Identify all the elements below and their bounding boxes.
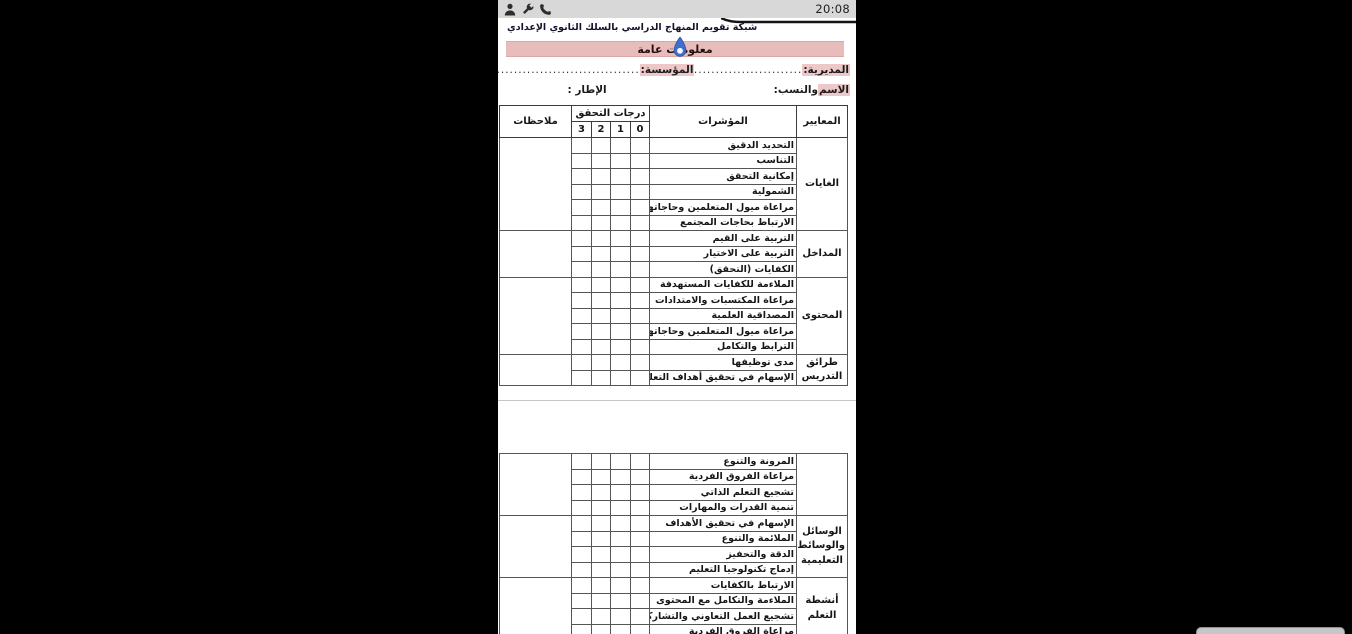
- score-cell[interactable]: [572, 593, 592, 609]
- criteria-cell: [797, 454, 848, 516]
- indicator-cell: الدقة والتحفيز: [650, 547, 797, 563]
- score-cell[interactable]: [592, 231, 611, 247]
- score-cell[interactable]: [631, 578, 650, 594]
- indicator-cell: الملاءمة للكفايات المستهدفة: [650, 277, 797, 293]
- wrench-icon: [521, 3, 534, 16]
- criteria-cell: المحتوى: [797, 277, 848, 355]
- score-cell[interactable]: [592, 370, 611, 386]
- indicator-cell: تشجيع التعلم الذاتي: [650, 485, 797, 501]
- indicator-cell: التحديد الدقيق: [650, 138, 797, 154]
- indicator-cell: المرونة والتنوع: [650, 454, 797, 470]
- indicator-cell: المصداقية العلمية: [650, 308, 797, 324]
- directorate-dots[interactable]: ................................: [694, 64, 802, 76]
- score-cell[interactable]: [572, 184, 592, 200]
- form-line-directorate: المديرية: ..............................…: [498, 62, 856, 78]
- indicator-cell: الكفايات (التحقق): [650, 262, 797, 278]
- indicators-header: المؤشرات: [650, 106, 797, 138]
- score-cell[interactable]: [631, 485, 650, 501]
- score-cell[interactable]: [572, 169, 592, 185]
- score-cell[interactable]: [572, 339, 592, 355]
- score-cell[interactable]: [592, 578, 611, 594]
- score-1-header: 1: [611, 122, 631, 138]
- score-cell[interactable]: [611, 169, 631, 185]
- form-line-name: الاسم والنسب: الإطار :: [498, 82, 856, 98]
- score-cell[interactable]: [631, 609, 650, 625]
- table-row: طرائق التدريسمدى توظيفها: [500, 355, 848, 371]
- score-cell[interactable]: [631, 308, 650, 324]
- table2-body: المرونة والتنوعمراعاة الفروق الفرديةتشجي…: [500, 454, 848, 634]
- score-cell[interactable]: [592, 500, 611, 516]
- indicator-cell: إمكانية التحقق: [650, 169, 797, 185]
- indicator-cell: مراعاة ميول المتعلمين وحاجاتهم: [650, 324, 797, 340]
- score-cell[interactable]: [611, 200, 631, 216]
- score-cell[interactable]: [592, 277, 611, 293]
- score-cell[interactable]: [611, 547, 631, 563]
- score-cell[interactable]: [631, 169, 650, 185]
- score-cell[interactable]: [572, 609, 592, 625]
- scores-header: درجات التحقق: [572, 106, 650, 122]
- score-cell[interactable]: [631, 262, 650, 278]
- score-cell[interactable]: [592, 308, 611, 324]
- score-cell[interactable]: [572, 138, 592, 154]
- score-cell[interactable]: [572, 562, 592, 578]
- score-cell[interactable]: [572, 293, 592, 309]
- indicator-cell: تنمية القدرات والمهارات: [650, 500, 797, 516]
- notes-cell[interactable]: [500, 355, 572, 386]
- notes-cell[interactable]: [500, 138, 572, 231]
- score-cell[interactable]: [611, 324, 631, 340]
- indicator-cell: تشجيع العمل التعاوني والتشاركي: [650, 609, 797, 625]
- score-cell[interactable]: [631, 184, 650, 200]
- score-cell[interactable]: [631, 547, 650, 563]
- score-cell[interactable]: [631, 138, 650, 154]
- clock: 20:08: [815, 2, 850, 16]
- score-cell[interactable]: [572, 485, 592, 501]
- score-cell[interactable]: [631, 516, 650, 532]
- score-3-header: 3: [572, 122, 592, 138]
- frame-label: الإطار :: [568, 84, 607, 96]
- doc-title: شبكة تقويم المنهاج الدراسي بالسلك الثانو…: [507, 22, 757, 33]
- score-cell[interactable]: [611, 277, 631, 293]
- score-cell[interactable]: [592, 469, 611, 485]
- score-cell[interactable]: [611, 454, 631, 470]
- indicator-cell: الإسهام في تحقيق أهداف التعلم: [650, 370, 797, 386]
- score-cell[interactable]: [611, 370, 631, 386]
- score-cell[interactable]: [592, 262, 611, 278]
- score-cell[interactable]: [611, 153, 631, 169]
- phone-icon: [539, 3, 552, 16]
- score-cell[interactable]: [572, 153, 592, 169]
- page-break-line: [498, 400, 856, 401]
- indicator-cell: الارتباط بحاجات المجتمع: [650, 215, 797, 231]
- score-cell[interactable]: [592, 169, 611, 185]
- score-cell[interactable]: [592, 485, 611, 501]
- text-insertion-handle-icon[interactable]: [673, 37, 687, 58]
- table-row: المحتوىالملاءمة للكفايات المستهدفة: [500, 277, 848, 293]
- score-0-header: 0: [631, 122, 650, 138]
- score-cell[interactable]: [631, 562, 650, 578]
- notes-header: ملاحظات: [500, 106, 572, 138]
- score-cell[interactable]: [611, 231, 631, 247]
- criteria-cell: المداخل: [797, 231, 848, 278]
- criteria-cell: طرائق التدريس: [797, 355, 848, 386]
- criteria-cell: الغايات: [797, 138, 848, 231]
- score-cell[interactable]: [631, 454, 650, 470]
- table-row: أنشطة التعلمالارتباط بالكفايات: [500, 578, 848, 594]
- app-window: 20:08 شبكة تقويم المنهاج الدراسي بالسلك …: [498, 0, 856, 634]
- notes-cell[interactable]: [500, 578, 572, 634]
- name-label: والنسب:: [774, 84, 818, 96]
- score-cell[interactable]: [572, 231, 592, 247]
- score-cell[interactable]: [611, 339, 631, 355]
- score-cell[interactable]: [572, 200, 592, 216]
- score-cell[interactable]: [592, 293, 611, 309]
- evaluation-table-1: المعايير المؤشرات درجات التحقق ملاحظات 0…: [499, 105, 848, 386]
- institution-label: المؤسسة:: [640, 64, 695, 76]
- table-header-row: المعايير المؤشرات درجات التحقق ملاحظات: [500, 106, 848, 122]
- table-row: الغاياتالتحديد الدقيق: [500, 138, 848, 154]
- score-cell[interactable]: [631, 500, 650, 516]
- score-cell[interactable]: [631, 153, 650, 169]
- indicator-cell: الإسهام في تحقيق الأهداف: [650, 516, 797, 532]
- indicator-cell: مراعاة الفروق الفردية: [650, 469, 797, 485]
- score-cell[interactable]: [572, 531, 592, 547]
- table-row: المرونة والتنوع: [500, 454, 848, 470]
- score-cell[interactable]: [572, 547, 592, 563]
- indicator-cell: التربية على الاختيار: [650, 246, 797, 262]
- indicator-cell: الملاءمة والتكامل مع المحتوى: [650, 593, 797, 609]
- score-cell[interactable]: [572, 246, 592, 262]
- score-cell[interactable]: [611, 262, 631, 278]
- score-cell[interactable]: [631, 293, 650, 309]
- score-cell[interactable]: [592, 547, 611, 563]
- indicator-cell: مراعاة الفروق الفردية: [650, 624, 797, 634]
- score-cell[interactable]: [631, 469, 650, 485]
- score-cell[interactable]: [572, 324, 592, 340]
- score-cell[interactable]: [631, 531, 650, 547]
- directorate-label: المديرية:: [802, 64, 850, 76]
- score-cell[interactable]: [572, 624, 592, 634]
- score-cell[interactable]: [611, 609, 631, 625]
- score-cell[interactable]: [631, 593, 650, 609]
- score-cell[interactable]: [631, 355, 650, 371]
- score-cell[interactable]: [631, 200, 650, 216]
- indicator-cell: التناسب: [650, 153, 797, 169]
- status-bar: 20:08: [498, 0, 856, 18]
- score-cell[interactable]: [572, 370, 592, 386]
- evaluation-table-2: المرونة والتنوعمراعاة الفروق الفرديةتشجي…: [499, 453, 848, 634]
- indicator-cell: مدى توظيفها: [650, 355, 797, 371]
- score-cell[interactable]: [611, 562, 631, 578]
- score-cell[interactable]: [631, 324, 650, 340]
- indicator-cell: الشمولية: [650, 184, 797, 200]
- score-cell[interactable]: [611, 215, 631, 231]
- criteria-header: المعايير: [797, 106, 848, 138]
- score-cell[interactable]: [572, 469, 592, 485]
- score-cell[interactable]: [611, 184, 631, 200]
- score-cell[interactable]: [592, 184, 611, 200]
- score-cell[interactable]: [611, 578, 631, 594]
- score-cell[interactable]: [611, 531, 631, 547]
- name-label-highlight: الاسم: [818, 84, 850, 96]
- score-cell[interactable]: [592, 562, 611, 578]
- indicator-cell: إدماج تكنولوجيا التعليم: [650, 562, 797, 578]
- score-cell[interactable]: [572, 578, 592, 594]
- score-cell[interactable]: [611, 469, 631, 485]
- score-cell[interactable]: [611, 516, 631, 532]
- person-icon: [504, 3, 516, 16]
- notes-cell[interactable]: [500, 516, 572, 578]
- score-cell[interactable]: [631, 246, 650, 262]
- indicator-cell: مراعاة المكتسبات والامتدادات: [650, 293, 797, 309]
- score-cell[interactable]: [572, 355, 592, 371]
- score-cell[interactable]: [592, 138, 611, 154]
- score-cell[interactable]: [592, 200, 611, 216]
- status-icons: [504, 3, 552, 16]
- score-cell[interactable]: [611, 308, 631, 324]
- score-cell[interactable]: [611, 293, 631, 309]
- score-2-header: 2: [592, 122, 611, 138]
- table-row: الوسائل والوسائط التعليميةالإسهام في تحق…: [500, 516, 848, 532]
- institution-dots[interactable]: ........................................…: [498, 64, 640, 76]
- score-cell[interactable]: [572, 308, 592, 324]
- score-cell[interactable]: [592, 454, 611, 470]
- score-cell[interactable]: [592, 355, 611, 371]
- score-cell[interactable]: [592, 215, 611, 231]
- criteria-cell: الوسائل والوسائط التعليمية: [797, 516, 848, 578]
- score-cell[interactable]: [592, 324, 611, 340]
- score-cell[interactable]: [631, 339, 650, 355]
- score-cell[interactable]: [572, 500, 592, 516]
- score-cell[interactable]: [572, 277, 592, 293]
- score-cell[interactable]: [572, 516, 592, 532]
- indicator-cell: الارتباط بالكفايات: [650, 578, 797, 594]
- indicator-cell: مراعاة ميول المتعلمين وحاجاتهم: [650, 200, 797, 216]
- score-cell[interactable]: [631, 370, 650, 386]
- score-cell[interactable]: [572, 215, 592, 231]
- score-cell[interactable]: [592, 531, 611, 547]
- score-cell[interactable]: [631, 231, 650, 247]
- score-cell[interactable]: [592, 246, 611, 262]
- score-cell[interactable]: [611, 355, 631, 371]
- score-cell[interactable]: [631, 277, 650, 293]
- score-cell[interactable]: [611, 246, 631, 262]
- score-cell[interactable]: [592, 153, 611, 169]
- score-cell[interactable]: [592, 624, 611, 634]
- document-page: شبكة تقويم المنهاج الدراسي بالسلك الثانو…: [498, 18, 856, 634]
- score-cell[interactable]: [592, 593, 611, 609]
- backdrop: { "status_bar": { "time": "20:08", "icon…: [0, 0, 1352, 634]
- score-cell[interactable]: [611, 485, 631, 501]
- score-cell[interactable]: [631, 624, 650, 634]
- score-cell[interactable]: [572, 454, 592, 470]
- score-cell[interactable]: [592, 339, 611, 355]
- score-cell[interactable]: [592, 609, 611, 625]
- table-row: المداخلالتربية على القيم: [500, 231, 848, 247]
- score-cell[interactable]: [611, 500, 631, 516]
- score-cell[interactable]: [572, 262, 592, 278]
- score-cell[interactable]: [631, 215, 650, 231]
- notes-cell[interactable]: [500, 231, 572, 278]
- indicator-cell: الترابط والتكامل: [650, 339, 797, 355]
- notes-cell[interactable]: [500, 277, 572, 355]
- bottom-scrollbar[interactable]: [1196, 627, 1345, 634]
- criteria-cell: أنشطة التعلم: [797, 578, 848, 634]
- score-cell[interactable]: [611, 138, 631, 154]
- indicator-cell: الملائمة والتنوع: [650, 531, 797, 547]
- notes-cell[interactable]: [500, 454, 572, 516]
- table1-body: الغاياتالتحديد الدقيقالتناسبإمكانية التح…: [500, 138, 848, 386]
- score-cell[interactable]: [611, 593, 631, 609]
- indicator-cell: التربية على القيم: [650, 231, 797, 247]
- score-cell[interactable]: [592, 516, 611, 532]
- score-cell[interactable]: [611, 624, 631, 634]
